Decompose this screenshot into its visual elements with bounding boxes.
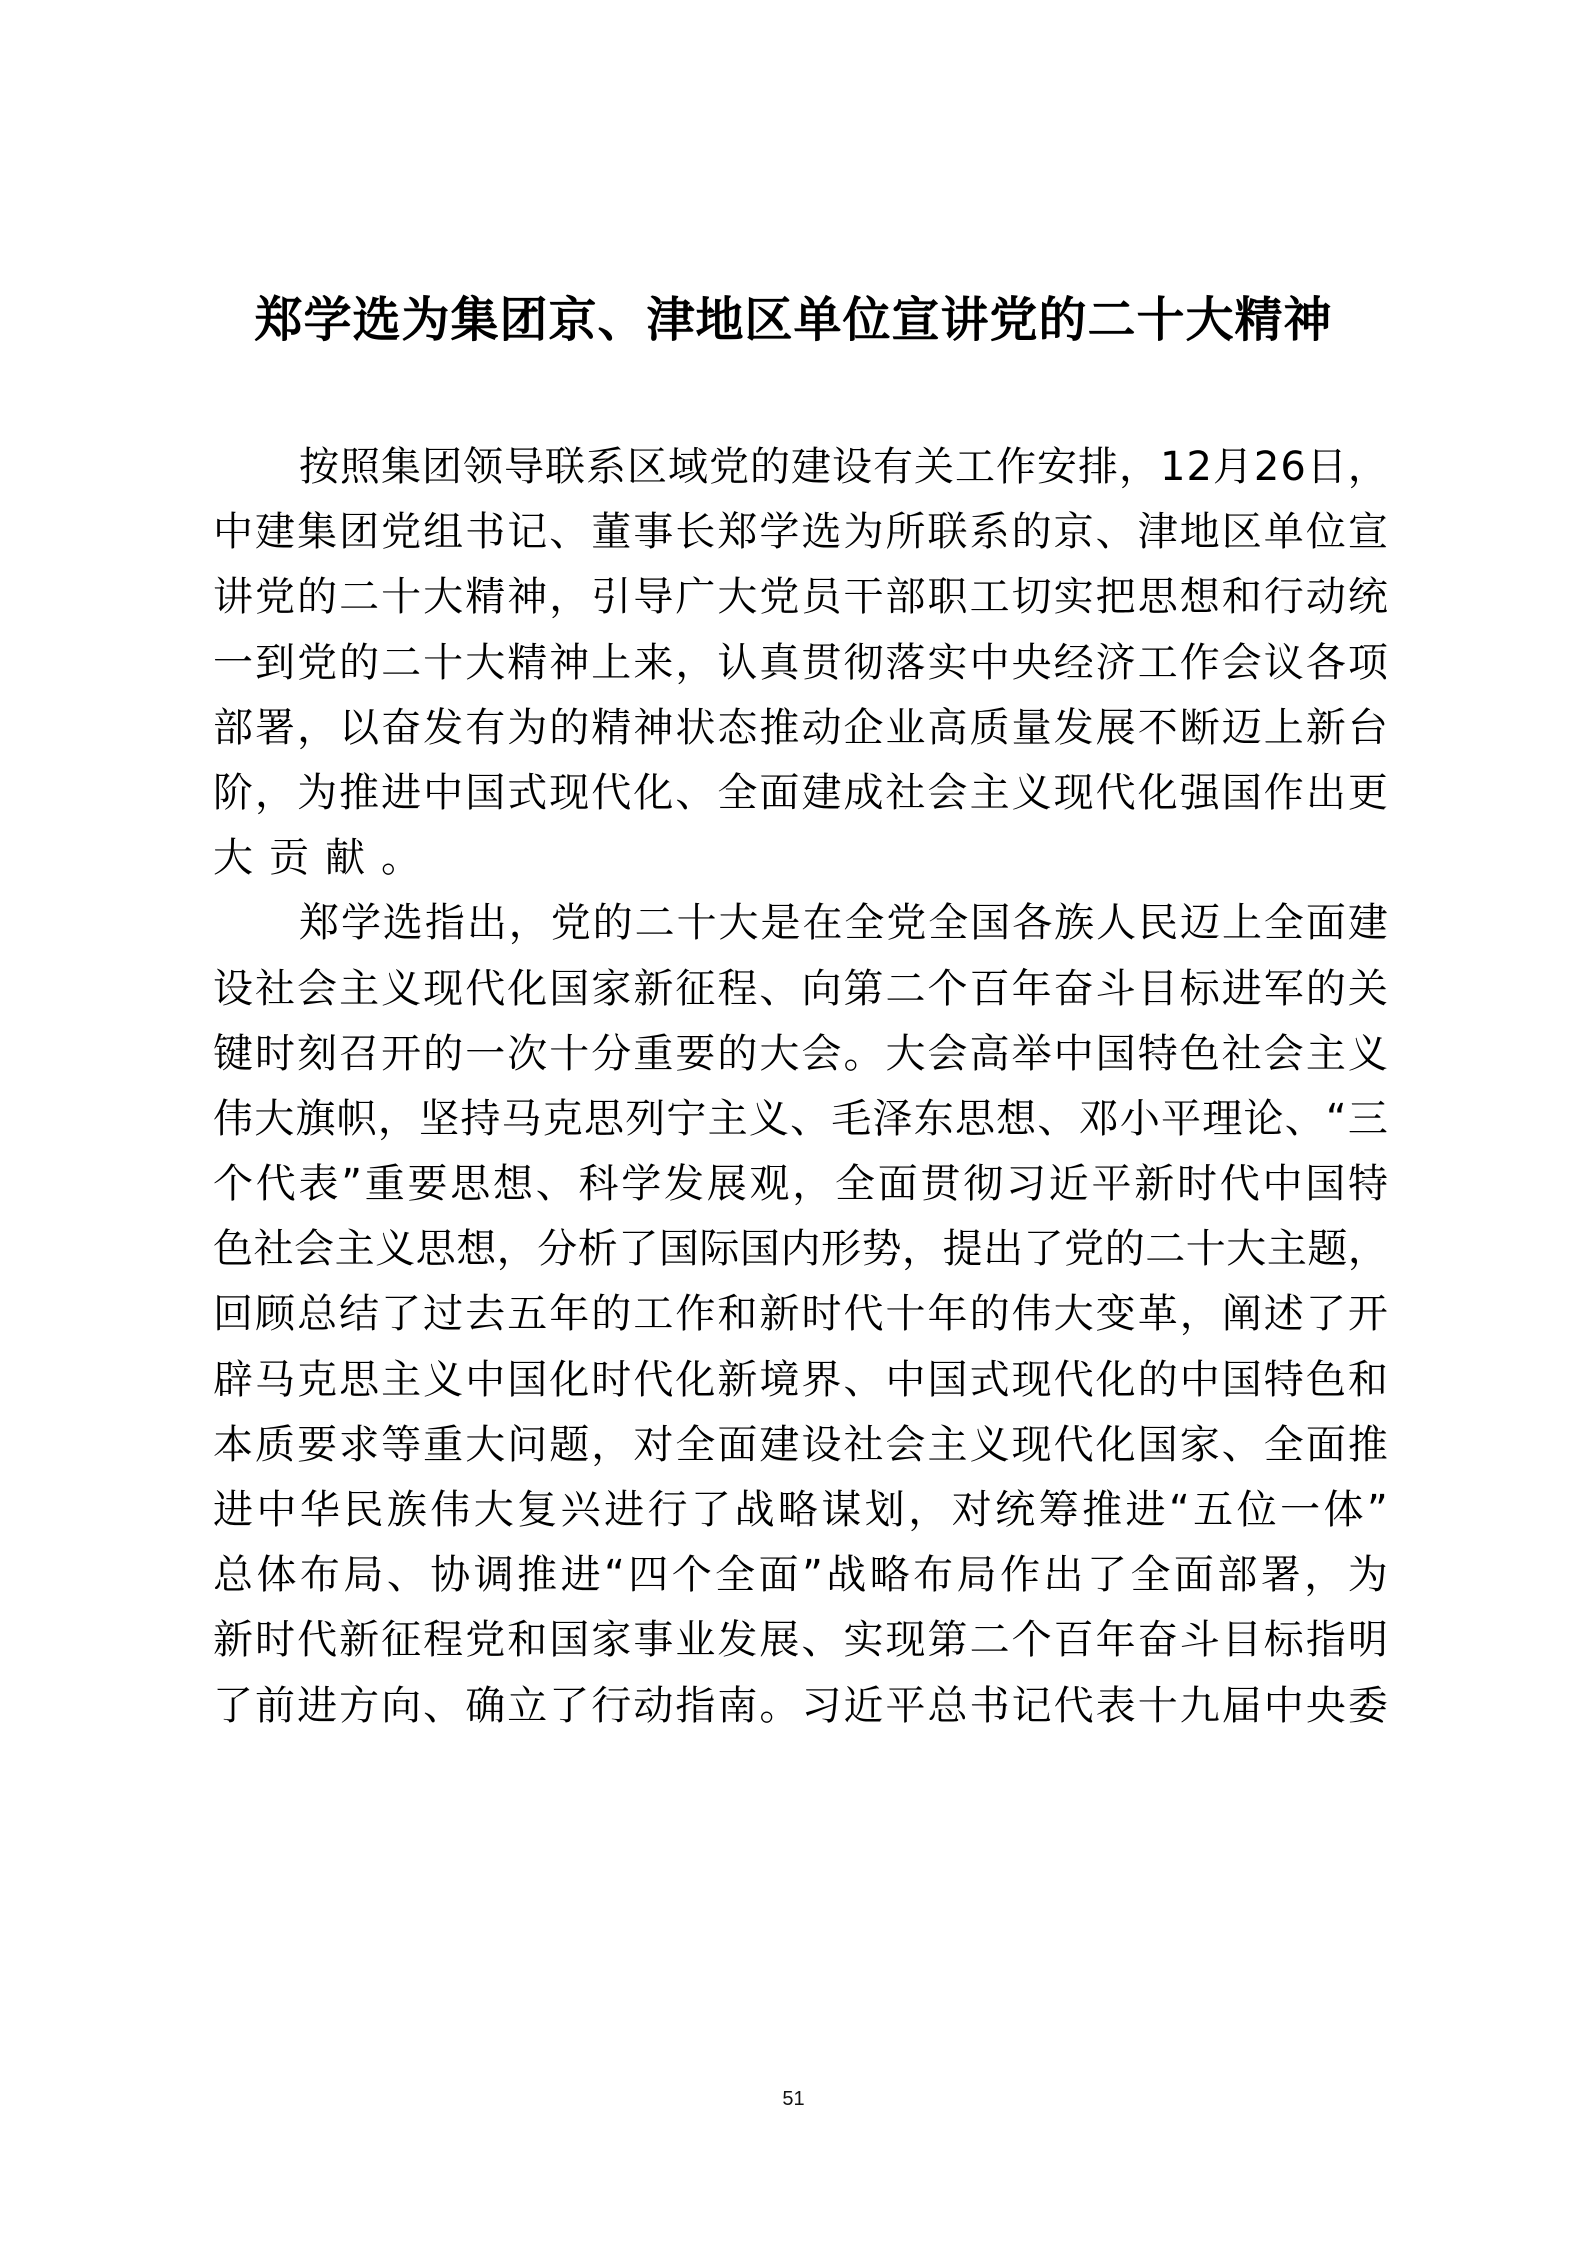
text-line: 辟马克思主义中国化时代化新境界、中国式现代化的中国特色和 [213, 1348, 1388, 1413]
text-line: 阶，为推进中国式现代化、全面建成社会主义现代化强国作出更 [213, 761, 1388, 826]
document-page: 郑学选为集团京、津地区单位宣讲党的二十大精神 按照集团领导联系区域党的建设有关工… [0, 0, 1587, 2245]
paragraph-2: 郑学选指出，党的二十大是在全党全国各族人民迈上全面建 设社会主义现代化国家新征程… [213, 891, 1388, 1738]
text-line: 部署，以奋发有为的精神状态推动企业高质量发展不断迈上新台 [213, 696, 1388, 761]
text-line: 了前进方向、确立了行动指南。习近平总书记代表十九届中央委 [213, 1674, 1388, 1739]
article-title: 郑学选为集团京、津地区单位宣讲党的二十大精神 [0, 285, 1587, 355]
text-line: 键时刻召开的一次十分重要的大会。大会高举中国特色社会主义 [213, 1022, 1388, 1087]
text-line: 色社会主义思想，分析了国际国内形势，提出了党的二十大主题， [213, 1217, 1388, 1282]
paragraph-1: 按照集团领导联系区域党的建设有关工作安排，12月26日， 中建集团党组书记、董事… [213, 435, 1388, 891]
text-line: 按照集团领导联系区域党的建设有关工作安排，12月26日， [213, 435, 1388, 500]
text-line: 中建集团党组书记、董事长郑学选为所联系的京、津地区单位宣 [213, 500, 1388, 565]
text-line: 新时代新征程党和国家事业发展、实现第二个百年奋斗目标指明 [213, 1608, 1388, 1673]
text-line: 设社会主义现代化国家新征程、向第二个百年奋斗目标进军的关 [213, 957, 1388, 1022]
text-line: 伟大旗帜，坚持马克思列宁主义、毛泽东思想、邓小平理论、“三 [213, 1087, 1388, 1152]
text-line: 郑学选指出，党的二十大是在全党全国各族人民迈上全面建 [213, 891, 1388, 956]
text-line: 进中华民族伟大复兴进行了战略谋划，对统筹推进“五位一体” [213, 1478, 1388, 1543]
text-line: 大贡献。 [213, 826, 1388, 891]
text-line: 一到党的二十大精神上来，认真贯彻落实中央经济工作会议各项 [213, 631, 1388, 696]
article-body: 按照集团领导联系区域党的建设有关工作安排，12月26日， 中建集团党组书记、董事… [213, 435, 1388, 1739]
text-line: 个代表”重要思想、科学发展观，全面贯彻习近平新时代中国特 [213, 1152, 1388, 1217]
text-line: 总体布局、协调推进“四个全面”战略布局作出了全面部署，为 [213, 1543, 1388, 1608]
page-number: 51 [0, 2088, 1587, 2111]
text-line: 本质要求等重大问题，对全面建设社会主义现代化国家、全面推 [213, 1413, 1388, 1478]
text-line: 讲党的二十大精神，引导广大党员干部职工切实把思想和行动统 [213, 565, 1388, 630]
text-line: 回顾总结了过去五年的工作和新时代十年的伟大变革，阐述了开 [213, 1282, 1388, 1347]
